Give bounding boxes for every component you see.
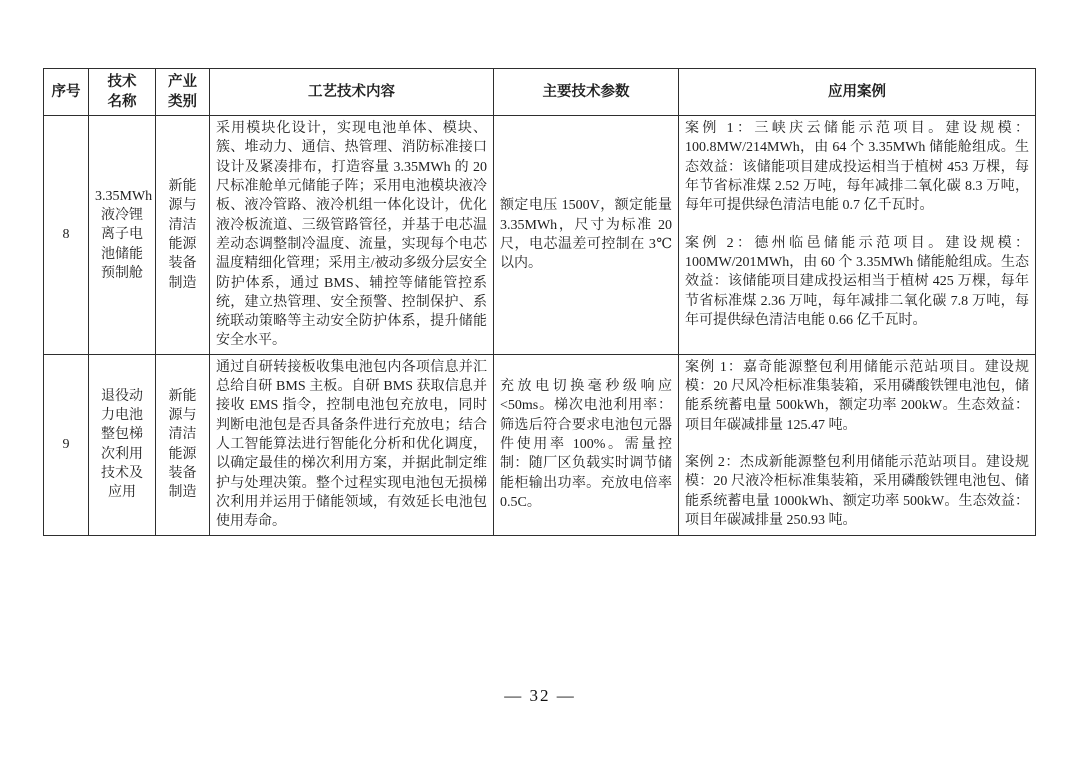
table-row: 8 3.35MWh液冷锂离子电池储能预制舱 新能源与清洁能源装备制造 采用模块化…	[44, 116, 1036, 355]
document-page: 序号 技术 名称 产业 类别 工艺技术内容 主要技术参数 应用案例 8 3.35…	[0, 0, 1080, 763]
col-header-index: 序号	[44, 69, 89, 116]
row9-index-cell: 9	[44, 354, 89, 535]
col-header-cases: 应用案例	[679, 69, 1036, 116]
row8-name-cell: 3.35MWh液冷锂离子电池储能预制舱	[89, 116, 156, 355]
row8-index-cell: 8	[44, 116, 89, 355]
technology-table: 序号 技术 名称 产业 类别 工艺技术内容 主要技术参数 应用案例 8 3.35…	[43, 68, 1036, 536]
col-header-name: 技术 名称	[89, 69, 156, 116]
row8-cases-cell: 案例 1：三峡庆云储能示范项目。建设规模：100.8MW/214MWh，由 64…	[679, 116, 1036, 355]
row9-cases-cell: 案例 1：嘉奇能源整包利用储能示范站项目。建设规模：20 尺风冷柜标准集装箱，采…	[679, 354, 1036, 535]
col-header-content: 工艺技术内容	[210, 69, 494, 116]
row9-parameters-cell: 充放电切换毫秒级响应<50ms。梯次电池利用率：筛选后符合要求电池包元器件使用率…	[494, 354, 679, 535]
row9-content-cell: 通过自研转接板收集电池包内各项信息并汇总给自研 BMS 主板。自研 BMS 获取…	[210, 354, 494, 535]
row8-case-2: 案例 2：德州临邑储能示范项目。建设规模：100MW/201MWh，由 60 个…	[685, 234, 1029, 331]
col-header-category: 产业 类别	[156, 69, 210, 116]
row9-category-cell: 新能源与清洁能源装备制造	[156, 354, 210, 535]
row8-case-1: 案例 1：三峡庆云储能示范项目。建设规模：100.8MW/214MWh，由 64…	[685, 119, 1029, 216]
row9-case-2: 案例 2：杰成新能源整包利用储能示范站项目。建设规模：20 尺液冷柜标准集装箱，…	[685, 453, 1029, 530]
page-number: — 32 —	[0, 686, 1080, 706]
col-header-parameters: 主要技术参数	[494, 69, 679, 116]
table-header-row: 序号 技术 名称 产业 类别 工艺技术内容 主要技术参数 应用案例	[44, 69, 1036, 116]
row8-parameters-cell: 额定电压 1500V，额定能量 3.35MWh，尺寸为标准 20 尺，电芯温差可…	[494, 116, 679, 355]
row9-name-cell: 退役动力电池整包梯次利用技术及应用	[89, 354, 156, 535]
row8-content-cell: 采用模块化设计，实现电池单体、模块、簇、堆动力、通信、热管理、消防标准接口设计及…	[210, 116, 494, 355]
row9-case-1: 案例 1：嘉奇能源整包利用储能示范站项目。建设规模：20 尺风冷柜标准集装箱，采…	[685, 358, 1029, 435]
row8-category-cell: 新能源与清洁能源装备制造	[156, 116, 210, 355]
table-row: 9 退役动力电池整包梯次利用技术及应用 新能源与清洁能源装备制造 通过自研转接板…	[44, 354, 1036, 535]
